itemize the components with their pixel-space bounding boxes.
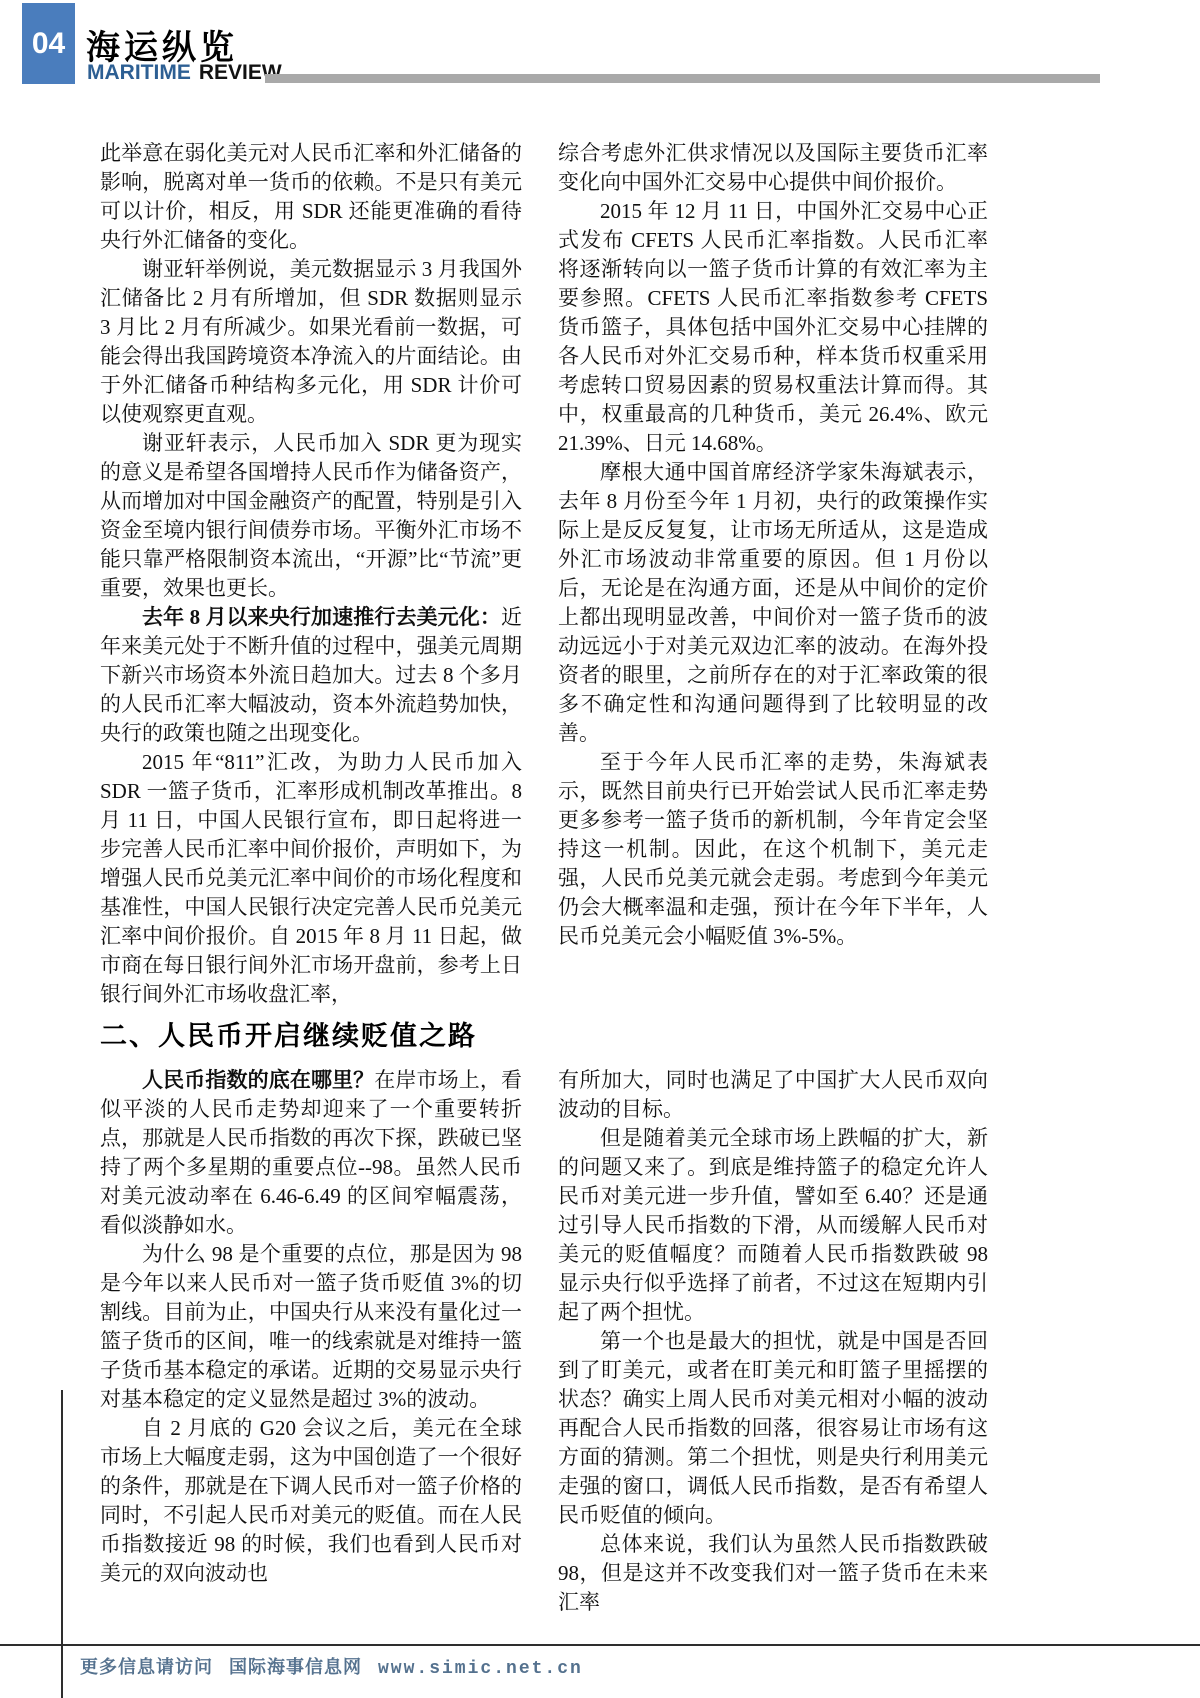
paragraph: 但是随着美元全球市场上跌幅的扩大，新的问题又来了。到底是维持篮子的稳定允许人民币… <box>558 1124 988 1327</box>
paragraph: 为什么 98 是个重要的点位，那是因为 98 是今年以来人民币对一篮子货币贬值 … <box>100 1240 522 1414</box>
left-column-bottom: 人民币指数的底在哪里？在岸市场上，看似平淡的人民币走势却迎来了一个重要转折点，那… <box>100 1066 522 1617</box>
paragraph-text: 至于今年人民币汇率的走势，朱海斌表示，既然目前央行已开始尝试人民币汇率走势更多参… <box>558 750 988 948</box>
footer-site-url: www.simic.net.cn <box>378 1659 583 1679</box>
paragraph-text: 谢亚轩表示，人民币加入 SDR 更为现实的意义是希望各国增持人民币作为储备资产，… <box>100 431 522 600</box>
paragraph-bold-lead: 去年 8 月以来央行加速推行去美元化： <box>142 605 501 629</box>
paragraph-text: 摩根大通中国首席经济学家朱海斌表示，去年 8 月份至今年 1 月初，央行的政策操… <box>558 460 988 745</box>
paragraph: 人民币指数的底在哪里？在岸市场上，看似平淡的人民币走势却迎来了一个重要转折点，那… <box>100 1066 522 1240</box>
paragraph: 至于今年人民币汇率的走势，朱海斌表示，既然目前央行已开始尝试人民币汇率走势更多参… <box>558 748 988 951</box>
paragraph: 总体来说，我们认为虽然人民币指数跌破 98，但是这并不改变我们对一篮子货币在未来… <box>558 1530 988 1617</box>
header-rule <box>265 74 1100 83</box>
section-heading: 二、人民币开启继续贬值之路 <box>100 1014 988 1053</box>
paragraph: 谢亚轩表示，人民币加入 SDR 更为现实的意义是希望各国增持人民币作为储备资产，… <box>100 429 522 603</box>
magazine-page: 04 海运纵览 MARITIMEREVIEW 此举意在弱化美元对人民币汇率和外汇… <box>0 0 1200 1698</box>
footer-rule <box>0 1644 1200 1646</box>
page-number-badge: 04 <box>22 3 75 84</box>
crop-mark-vertical <box>61 1390 63 1698</box>
article-band-1: 此举意在弱化美元对人民币汇率和外汇储备的影响，脱离对单一货币的依赖。不是只有美元… <box>100 139 988 1009</box>
paragraph-text: 有所加大，同时也满足了中国扩大人民币双向波动的目标。 <box>558 1068 988 1121</box>
paragraph: 第一个也是最大的担忧，就是中国是否回到了盯美元，或者在盯美元和盯篮子里摇摆的状态… <box>558 1327 988 1530</box>
paragraph: 去年 8 月以来央行加速推行去美元化：近年来美元处于不断升值的过程中，强美元周期… <box>100 603 522 748</box>
paragraph: 2015 年 12 月 11 日，中国外汇交易中心正式发布 CFETS 人民币汇… <box>558 197 988 458</box>
paragraph: 综合考虑外汇供求情况以及国际主要货币汇率变化向中国外汇交易中心提供中间价报价。 <box>558 139 988 197</box>
paragraph-text: 2015 年 12 月 11 日，中国外汇交易中心正式发布 CFETS 人民币汇… <box>558 199 988 455</box>
footer-text: 更多信息请访问国际海事信息网www.simic.net.cn <box>80 1653 583 1679</box>
right-column-bottom: 有所加大，同时也满足了中国扩大人民币双向波动的目标。但是随着美元全球市场上跌幅的… <box>558 1066 988 1617</box>
paragraph: 有所加大，同时也满足了中国扩大人民币双向波动的目标。 <box>558 1066 988 1124</box>
paragraph: 此举意在弱化美元对人民币汇率和外汇储备的影响，脱离对单一货币的依赖。不是只有美元… <box>100 139 522 255</box>
paragraph-text: 谢亚轩举例说，美元数据显示 3 月我国外汇储备比 2 月有所增加，但 SDR 数… <box>100 257 522 426</box>
footer-visit-label: 更多信息请访问 <box>80 1657 213 1677</box>
paragraph: 谢亚轩举例说，美元数据显示 3 月我国外汇储备比 2 月有所增加，但 SDR 数… <box>100 255 522 429</box>
right-column-top: 综合考虑外汇供求情况以及国际主要货币汇率变化向中国外汇交易中心提供中间价报价。2… <box>558 139 988 1009</box>
paragraph-bold-lead: 人民币指数的底在哪里？ <box>142 1068 374 1092</box>
paragraph-text: 在岸市场上，看似平淡的人民币走势却迎来了一个重要转折点，那就是人民币指数的再次下… <box>100 1068 522 1237</box>
paragraph-text: 自 2 月底的 G20 会议之后，美元在全球市场上大幅度走弱，这为中国创造了一个… <box>100 1416 522 1585</box>
paragraph-text: 2015 年“811”汇改，为助力人民币加入 SDR 一篮子货币，汇率形成机制改… <box>100 750 522 1006</box>
paragraph-text: 但是随着美元全球市场上跌幅的扩大，新的问题又来了。到底是维持篮子的稳定允许人民币… <box>558 1126 988 1324</box>
paragraph-text: 为什么 98 是个重要的点位，那是因为 98 是今年以来人民币对一篮子货币贬值 … <box>100 1242 522 1411</box>
left-column-top: 此举意在弱化美元对人民币汇率和外汇储备的影响，脱离对单一货币的依赖。不是只有美元… <box>100 139 522 1009</box>
paragraph: 摩根大通中国首席经济学家朱海斌表示，去年 8 月份至今年 1 月初，央行的政策操… <box>558 458 988 748</box>
section-title-english: MARITIMEREVIEW <box>87 61 282 85</box>
article-band-2: 人民币指数的底在哪里？在岸市场上，看似平淡的人民币走势却迎来了一个重要转折点，那… <box>100 1066 988 1617</box>
paragraph: 自 2 月底的 G20 会议之后，美元在全球市场上大幅度走弱，这为中国创造了一个… <box>100 1414 522 1588</box>
paragraph-text: 综合考虑外汇供求情况以及国际主要货币汇率变化向中国外汇交易中心提供中间价报价。 <box>558 141 988 194</box>
paragraph: 2015 年“811”汇改，为助力人民币加入 SDR 一篮子货币，汇率形成机制改… <box>100 748 522 1009</box>
section-title-english-part1: MARITIME <box>87 61 191 84</box>
paragraph-text: 总体来说，我们认为虽然人民币指数跌破 98，但是这并不改变我们对一篮子货币在未来… <box>558 1532 988 1614</box>
paragraph-text: 此举意在弱化美元对人民币汇率和外汇储备的影响，脱离对单一货币的依赖。不是只有美元… <box>100 141 522 252</box>
article-content: 此举意在弱化美元对人民币汇率和外汇储备的影响，脱离对单一货币的依赖。不是只有美元… <box>100 139 988 1617</box>
paragraph-text: 第一个也是最大的担忧，就是中国是否回到了盯美元，或者在盯美元和盯篮子里摇摆的状态… <box>558 1329 988 1527</box>
footer-site-name: 国际海事信息网 <box>229 1657 362 1677</box>
